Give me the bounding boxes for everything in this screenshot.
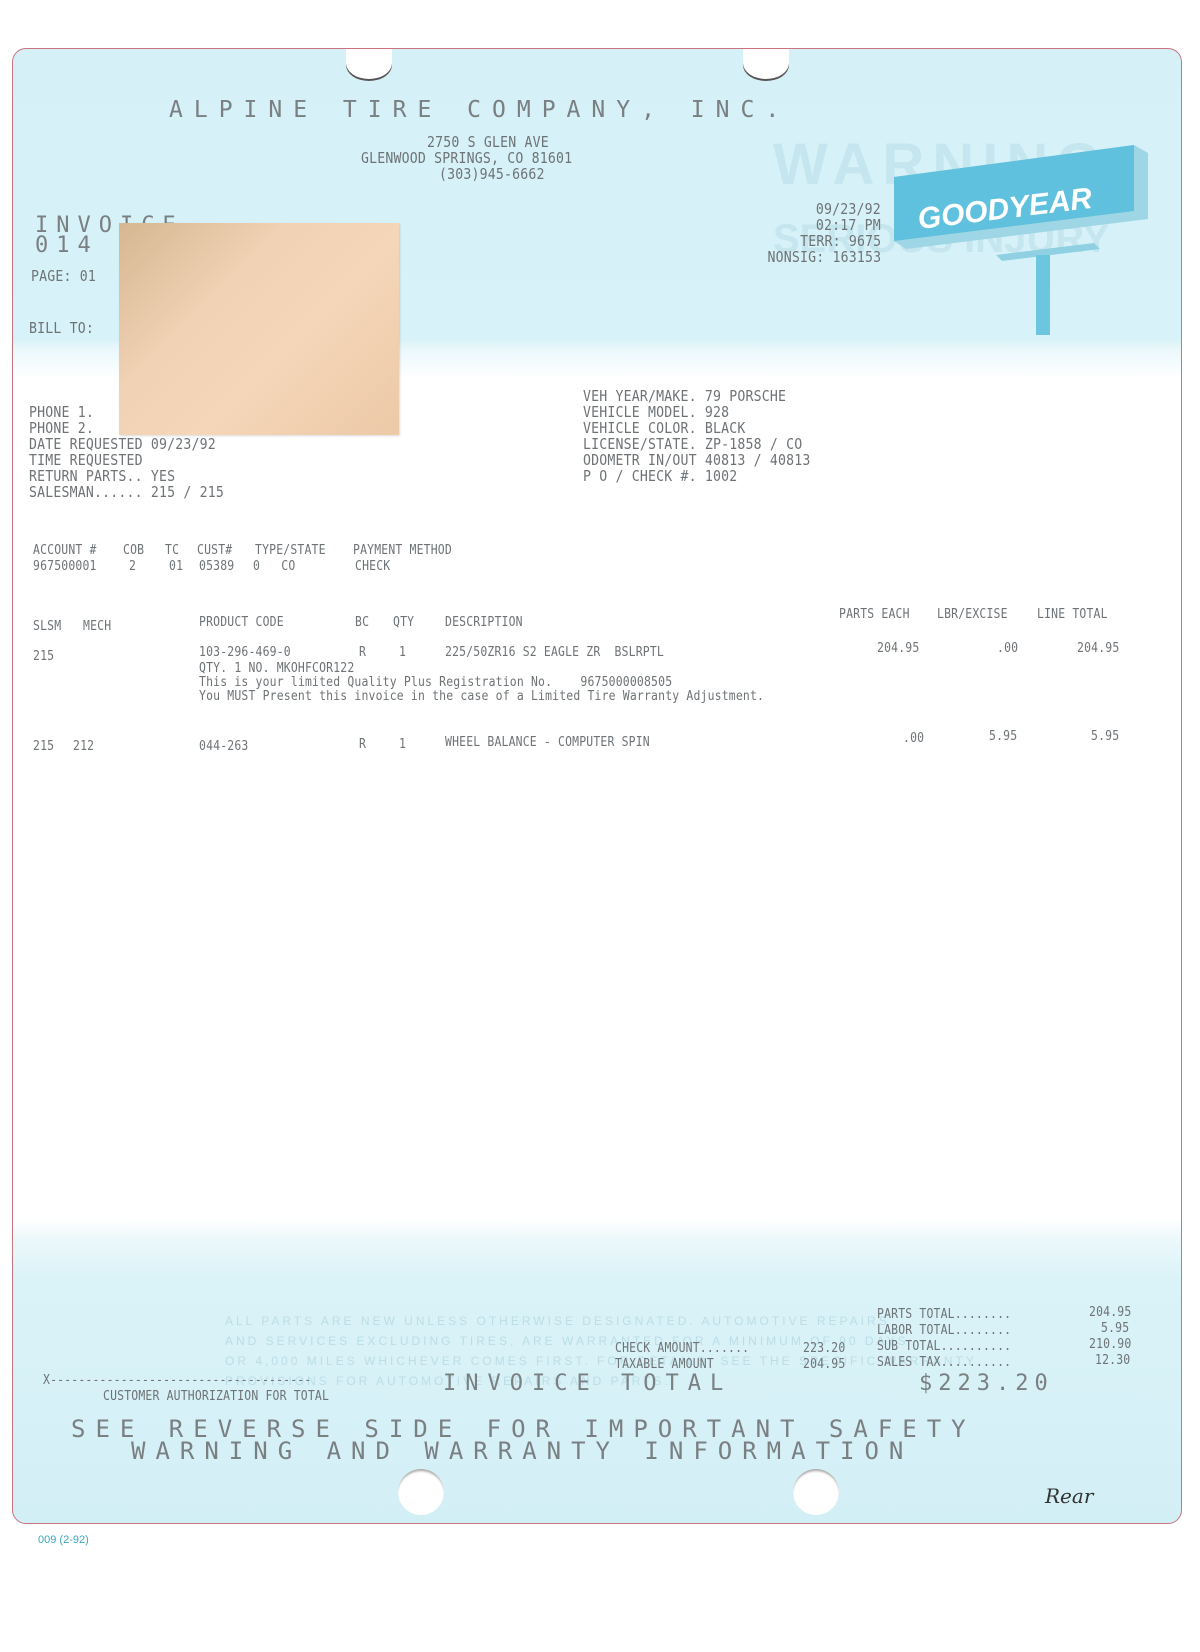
col-header-slsm: SLSM	[33, 619, 61, 634]
vehicle-color: VEHICLE COLOR. BLACK	[583, 421, 745, 436]
date-requested: DATE REQUESTED 09/23/92	[29, 437, 216, 452]
account-header: COB	[123, 543, 144, 558]
taxable-amount-label: TAXABLE AMOUNT	[615, 1357, 714, 1372]
row-qty: 1	[399, 645, 406, 660]
labor-total-label: LABOR TOTAL........	[877, 1323, 1011, 1338]
invoice-total: $223.20	[919, 1371, 1054, 1396]
row-note: QTY. 1 NO. MKOHFCOR122	[199, 661, 354, 676]
return-parts: RETURN PARTS.. YES	[29, 469, 175, 484]
time-requested: TIME REQUESTED	[29, 453, 143, 468]
row-note: You MUST Present this invoice in the cas…	[199, 689, 764, 704]
row-lbr-excise: .00	[997, 641, 1018, 656]
page-number: PAGE: 01	[31, 269, 96, 284]
customer-authorization-label: CUSTOMER AUTHORIZATION FOR TOTAL	[103, 1389, 329, 1404]
invoice-date: 09/23/92	[816, 202, 881, 217]
binder-hole	[793, 1469, 839, 1515]
signature-line[interactable]: X-------------------------------------	[43, 1373, 311, 1388]
row-parts-each: 204.95	[877, 641, 919, 656]
binder-hole	[398, 1469, 444, 1515]
col-header-lbr-excise: LBR/EXCISE	[937, 607, 1008, 622]
row-bc: R	[359, 645, 366, 660]
parts-total-label: PARTS TOTAL........	[877, 1307, 1011, 1322]
col-header-line-total: LINE TOTAL	[1037, 607, 1108, 622]
invoice-number: 014	[35, 233, 99, 258]
sub-total-label: SUB TOTAL..........	[877, 1339, 1011, 1354]
row-bc: R	[359, 737, 366, 752]
account-header: CUST#	[197, 543, 232, 558]
row-slsm: 215	[33, 649, 54, 664]
row-description: 225/50ZR16 S2 EAGLE ZR BSLRPTL	[445, 645, 664, 660]
account-header: ACCOUNT #	[33, 543, 97, 558]
binder-hole	[743, 49, 789, 81]
row-product-code: 103-296-469-0	[199, 645, 291, 660]
account-value: 01	[169, 559, 183, 574]
account-value: 0 CO	[253, 559, 295, 574]
redaction-sticker	[119, 223, 399, 435]
vehicle-odometer: ODOMETR IN/OUT 40813 / 40813	[583, 453, 810, 468]
row-line-total: 204.95	[1077, 641, 1119, 656]
col-header-parts-each: PARTS EACH	[839, 607, 910, 622]
vehicle-year-make: VEH YEAR/MAKE. 79 PORSCHE	[583, 389, 786, 404]
check-amount-label: CHECK AMOUNT.......	[615, 1341, 749, 1356]
sub-total: 210.90	[1089, 1337, 1131, 1352]
sales-tax: 12.30	[1095, 1353, 1130, 1368]
account-value: 2	[129, 559, 136, 574]
sales-tax-label: SALES TAX..........	[877, 1355, 1011, 1370]
row-slsm: 215	[33, 739, 54, 754]
binder-hole	[346, 49, 392, 81]
col-header-bc: BC	[355, 615, 369, 630]
labor-total: 5.95	[1101, 1321, 1129, 1336]
form-number: 009 (2-92)	[38, 1534, 89, 1546]
col-header-product-code: PRODUCT CODE	[199, 615, 284, 630]
taxable-amount: 204.95	[803, 1357, 845, 1372]
company-address-line2: GLENWOOD SPRINGS, CO 81601	[361, 151, 572, 166]
col-header-description: DESCRIPTION	[445, 615, 523, 630]
check-amount: 223.20	[803, 1341, 845, 1356]
parts-total: 204.95	[1089, 1305, 1131, 1320]
col-header-mech: MECH	[83, 619, 111, 634]
row-note: This is your limited Quality Plus Regist…	[199, 675, 672, 690]
handwritten-note: Rear	[1045, 1484, 1093, 1508]
row-line-total: 5.95	[1091, 729, 1119, 744]
col-header-qty: QTY	[393, 615, 414, 630]
row-parts-each: .00	[903, 731, 924, 746]
row-qty: 1	[399, 737, 406, 752]
account-value: 967500001	[33, 559, 97, 574]
salesman: SALESMAN...... 215 / 215	[29, 485, 224, 500]
account-header: TYPE/STATE	[255, 543, 326, 558]
account-header: PAYMENT METHOD	[353, 543, 452, 558]
nonsig-code: NONSIG: 163153	[767, 250, 881, 265]
account-value: 05389	[199, 559, 234, 574]
company-phone: (303)945-6662	[439, 167, 545, 182]
invoice-page: WARNING SERIOUS INJURY GOODYEAR ALPINE T…	[12, 48, 1182, 1524]
vehicle-model: VEHICLE MODEL. 928	[583, 405, 729, 420]
row-mech: 212	[73, 739, 94, 754]
po-check-number: P O / CHECK #. 1002	[583, 469, 737, 484]
company-address-line1: 2750 S GLEN AVE	[427, 135, 549, 150]
account-header: TC	[165, 543, 179, 558]
phone2-label: PHONE 2.	[29, 421, 94, 436]
row-description: WHEEL BALANCE - COMPUTER SPIN	[445, 735, 650, 750]
account-value: CHECK	[355, 559, 390, 574]
safety-notice-line2: WARNING AND WARRANTY INFORMATION	[131, 1437, 913, 1465]
row-lbr-excise: 5.95	[989, 729, 1017, 744]
company-name: ALPINE TIRE COMPANY, INC.	[169, 97, 790, 123]
vehicle-license: LICENSE/STATE. ZP-1858 / CO	[583, 437, 802, 452]
terr-code: TERR: 9675	[800, 234, 881, 249]
row-product-code: 044-263	[199, 739, 248, 754]
bill-to-label: BILL TO:	[29, 321, 94, 336]
invoice-total-label: INVOICE TOTAL	[443, 1371, 732, 1396]
phone1-label: PHONE 1.	[29, 405, 94, 420]
invoice-time: 02:17 PM	[816, 218, 881, 233]
goodyear-logo-icon: GOODYEAR	[886, 137, 1156, 337]
